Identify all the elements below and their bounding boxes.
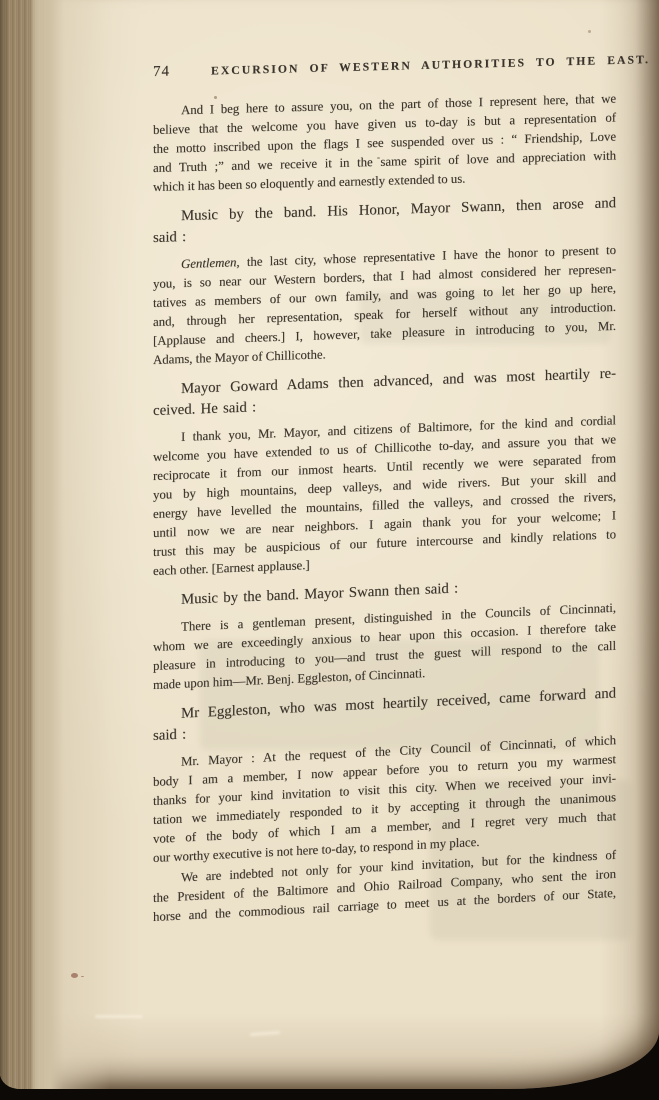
paper-scuff bbox=[250, 1031, 280, 1036]
page-header: 74 EXCURSION OF WESTERN AUTHORITIES TO T… bbox=[153, 52, 616, 81]
narrative-paragraph: Music by the band. His Honor, Mayor Swan… bbox=[153, 193, 616, 249]
running-head: EXCURSION OF WESTERN AUTHORITIES TO THE … bbox=[211, 53, 650, 77]
page-text-column: 74 EXCURSION OF WESTERN AUTHORITIES TO T… bbox=[153, 64, 616, 929]
scanned-book-photo: 74 EXCURSION OF WESTERN AUTHORITIES TO T… bbox=[0, 0, 659, 1100]
paper-scuff bbox=[95, 1015, 143, 1018]
paper-speck bbox=[214, 96, 217, 99]
speech-paragraph: There is a gentleman present, distinguis… bbox=[153, 599, 616, 695]
book-page: 74 EXCURSION OF WESTERN AUTHORITIES TO T… bbox=[0, 0, 659, 1089]
page-body-text: And I beg here to assure you, on the par… bbox=[153, 102, 616, 927]
speech-paragraph: And I beg here to assure you, on the par… bbox=[153, 89, 616, 197]
paper-speck bbox=[588, 30, 591, 33]
paper-stain bbox=[71, 973, 78, 978]
binding-shadow bbox=[50, 0, 110, 1089]
italic-lead: Gentlemen, bbox=[181, 255, 240, 271]
page-number: 74 bbox=[153, 62, 211, 81]
speech-paragraph: Mr. Mayor : At the request of the City C… bbox=[153, 731, 616, 868]
book-binding-edge bbox=[0, 0, 50, 1089]
speech-paragraph: I thank you, Mr. Mayor, and citizens of … bbox=[153, 411, 616, 581]
paper-speck bbox=[377, 157, 380, 159]
speech-paragraph: Gentlemen, the last city, whose represen… bbox=[153, 241, 616, 370]
